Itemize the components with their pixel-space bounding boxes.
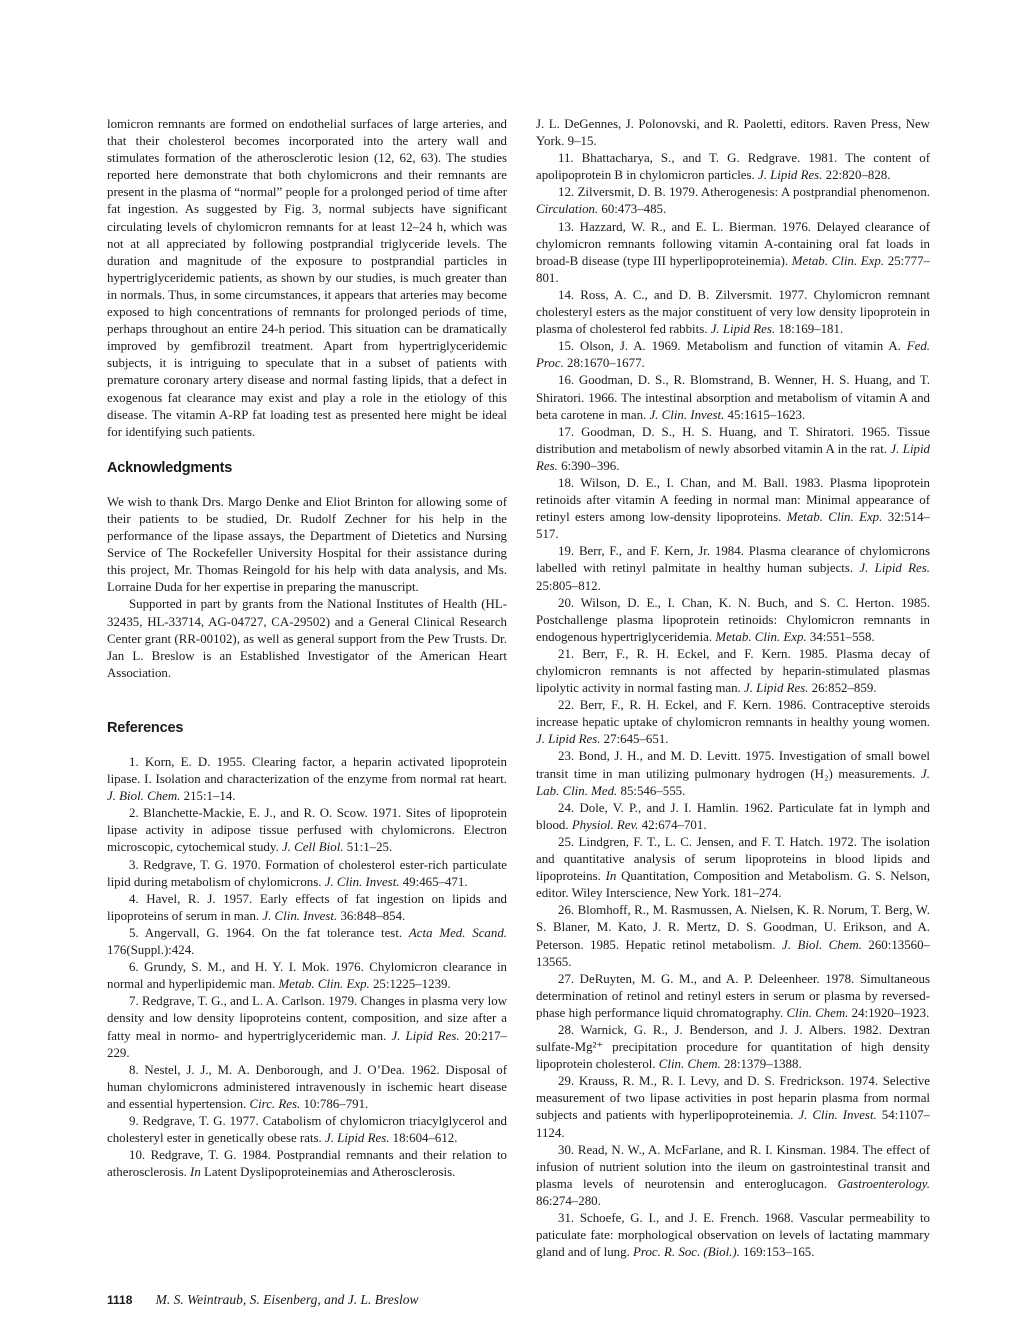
reference-citation: Latent Dyslipoproteinemias and Atheroscl… — [201, 1165, 456, 1179]
reference-item: 4. Havel, R. J. 1957. Early effects of f… — [107, 891, 507, 925]
reference-text: Berr, F., R. H. Eckel, and F. Kern. 1986… — [536, 698, 930, 729]
reference-number: 13. — [558, 220, 580, 234]
reference-journal: Metab. Clin. Exp. — [278, 977, 369, 991]
references-list-right: J. L. DeGennes, J. Polonovski, and R. Pa… — [536, 116, 930, 1261]
reference-citation: 18:169–181. — [775, 322, 843, 336]
references-list-left: 1. Korn, E. D. 1955. Clearing factor, a … — [107, 754, 507, 1181]
reference-journal: J. Lipid Res. — [859, 561, 930, 575]
reference-journal: J. Clin. Invest. — [262, 909, 337, 923]
reference-number: 22. — [558, 698, 580, 712]
funding-paragraph: Supported in part by grants from the Nat… — [107, 596, 507, 681]
reference-journal: Circulation. — [536, 202, 598, 216]
reference-journal: Proc. R. Soc. (Biol.). — [633, 1245, 740, 1259]
reference-journal: In — [606, 869, 617, 883]
reference-citation: 86:274–280. — [536, 1194, 601, 1208]
reference-number: 4. — [129, 892, 146, 906]
reference-number: 23. — [558, 749, 579, 763]
right-column: J. L. DeGennes, J. Polonovski, and R. Pa… — [536, 116, 930, 1261]
reference-number: 7. — [129, 994, 142, 1008]
running-authors: M. S. Weintraub, S. Eisenberg, and J. L.… — [156, 1292, 419, 1307]
reference-citation: 176(Suppl.):424. — [107, 943, 194, 957]
reference-journal: Metab. Clin. Exp. — [787, 510, 883, 524]
reference-citation: 10:786–791. — [300, 1097, 368, 1111]
reference-number: 21. — [558, 647, 582, 661]
reference-journal: J. Lipid Res. — [711, 322, 775, 336]
reference-journal: In — [190, 1165, 201, 1179]
reference-item: 27. DeRuyten, M. G. M., and A. P. Deleen… — [536, 971, 930, 1022]
reference-number: 18. — [558, 476, 580, 490]
reference-item: 2. Blanchette-Mackie, E. J., and R. O. S… — [107, 805, 507, 856]
reference-number: 16. — [558, 373, 579, 387]
reference-item: 29. Krauss, R. M., R. I. Levy, and D. S.… — [536, 1073, 930, 1141]
reference-citation: 6:390–396. — [558, 459, 620, 473]
reference-journal: J. Clin. Invest. — [325, 875, 400, 889]
reference-number: 10. — [129, 1148, 151, 1162]
reference-citation: 60:473–485. — [598, 202, 666, 216]
reference-journal: Circ. Res. — [249, 1097, 300, 1111]
reference-item: 5. Angervall, G. 1964. On the fat tolera… — [107, 925, 507, 959]
reference-citation: 85:546–555. — [617, 784, 685, 798]
reference-citation: 36:848–854. — [337, 909, 405, 923]
reference-item: 24. Dole, V. P., and J. I. Hamlin. 1962.… — [536, 800, 930, 834]
reference-text: Olson, J. A. 1969. Metabolism and functi… — [580, 339, 907, 353]
reference-number: 24. — [558, 801, 579, 815]
reference-item: 15. Olson, J. A. 1969. Metabolism and fu… — [536, 338, 930, 372]
reference-citation: 28:1379–1388. — [721, 1057, 802, 1071]
reference-number: 5. — [129, 926, 145, 940]
reference-citation: 169:153–165. — [740, 1245, 814, 1259]
reference-item: 25. Lindgren, F. T., L. C. Jensen, and F… — [536, 834, 930, 902]
reference-journal: J. Lipid Res. — [391, 1029, 459, 1043]
reference-citation: 51:1–25. — [344, 840, 393, 854]
page-footer: 1118 M. S. Weintraub, S. Eisenberg, and … — [107, 1292, 419, 1308]
reference-item: 8. Nestel, J. J., M. A. Denborough, and … — [107, 1062, 507, 1113]
reference-citation: 49:465–471. — [400, 875, 468, 889]
reference-journal: Clin. Chem. — [659, 1057, 721, 1071]
reference-journal: Metab. Clin. Exp. — [715, 630, 806, 644]
reference-item: 9. Redgrave, T. G. 1977. Catabolism of c… — [107, 1113, 507, 1147]
reference-citation: 25:1225–1239. — [370, 977, 451, 991]
reference-item: J. L. DeGennes, J. Polonovski, and R. Pa… — [536, 116, 930, 150]
reference-journal: J. Lipid Res. — [536, 732, 600, 746]
reference-number: 20. — [558, 596, 581, 610]
reference-number: 26. — [558, 903, 578, 917]
reference-journal: J. Lipid Res. — [758, 168, 822, 182]
reference-citation: 26:852–859. — [808, 681, 876, 695]
reference-citation: 24:1920–1923. — [848, 1006, 929, 1020]
reference-number: 27. — [558, 972, 580, 986]
reference-citation: 215:1–14. — [180, 789, 235, 803]
reference-journal: J. Biol. Chem. — [107, 789, 180, 803]
reference-journal: Physiol. Rev. — [572, 818, 639, 832]
reference-citation: 18:604–612. — [389, 1131, 457, 1145]
reference-journal: J. Clin. Invest. — [649, 408, 724, 422]
reference-number: 9. — [129, 1114, 143, 1128]
reference-text: Korn, E. D. 1955. Clearing factor, a hep… — [107, 755, 507, 786]
reference-journal: Metab. Clin. Exp. — [792, 254, 884, 268]
reference-item: 18. Wilson, D. E., I. Chan, and M. Ball.… — [536, 475, 930, 543]
reference-item: 23. Bond, J. H., and M. D. Levitt. 1975.… — [536, 748, 930, 799]
reference-citation: 34:551–558. — [807, 630, 875, 644]
reference-journal: Acta Med. Scand. — [409, 926, 507, 940]
reference-text: Goodman, D. S., H. S. Huang, and T. Shir… — [536, 425, 930, 456]
reference-item: 6. Grundy, S. M., and H. Y. I. Mok. 1976… — [107, 959, 507, 993]
reference-journal: J. Biol. Chem. — [782, 938, 862, 952]
reference-item: 26. Blomhoff, R., M. Rasmussen, A. Niels… — [536, 902, 930, 970]
page-number: 1118 — [107, 1293, 132, 1307]
discussion-paragraph: lomicron remnants are formed on endothel… — [107, 116, 507, 441]
reference-item: 17. Goodman, D. S., H. S. Huang, and T. … — [536, 424, 930, 475]
reference-text: Zilversmit, D. B. 1979. Atherogenesis: A… — [578, 185, 930, 199]
reference-citation: 45:1615–1623. — [724, 408, 805, 422]
reference-number: 31. — [558, 1211, 580, 1225]
reference-item: 10. Redgrave, T. G. 1984. Postprandial r… — [107, 1147, 507, 1181]
reference-item: 14. Ross, A. C., and D. B. Zilversmit. 1… — [536, 287, 930, 338]
reference-citation: 42:674–701. — [639, 818, 707, 832]
reference-number: 25. — [558, 835, 579, 849]
reference-text: Bond, J. H., and M. D. Levitt. 1975. Inv… — [536, 749, 930, 780]
reference-number: 12. — [558, 185, 578, 199]
reference-number: 15. — [558, 339, 580, 353]
reference-text: J. L. DeGennes, J. Polonovski, and R. Pa… — [536, 117, 930, 148]
reference-number: 2. — [129, 806, 143, 820]
reference-journal: J. Clin. Invest. — [798, 1108, 876, 1122]
reference-number: 30. — [558, 1143, 578, 1157]
reference-number: 28. — [558, 1023, 581, 1037]
reference-item: 13. Hazzard, W. R., and E. L. Bierman. 1… — [536, 219, 930, 287]
reference-citation: 25:805–812. — [536, 579, 601, 593]
reference-text: Angervall, G. 1964. On the fat tolerance… — [145, 926, 409, 940]
reference-journal: J. Lipid Res. — [325, 1131, 389, 1145]
reference-number: 1. — [129, 755, 145, 769]
reference-item: 21. Berr, F., R. H. Eckel, and F. Kern. … — [536, 646, 930, 697]
reference-item: 16. Goodman, D. S., R. Blomstrand, B. We… — [536, 372, 930, 423]
reference-citation: 22:820–828. — [822, 168, 890, 182]
reference-journal: J. Cell Biol. — [282, 840, 344, 854]
left-column: lomicron remnants are formed on endothel… — [107, 116, 507, 1181]
reference-item: 22. Berr, F., R. H. Eckel, and F. Kern. … — [536, 697, 930, 748]
reference-journal: Clin. Chem. — [786, 1006, 848, 1020]
reference-number: 11. — [558, 151, 582, 165]
reference-item: 20. Wilson, D. E., I. Chan, K. N. Buch, … — [536, 595, 930, 646]
reference-item: 3. Redgrave, T. G. 1970. Formation of ch… — [107, 857, 507, 891]
reference-number: 17. — [558, 425, 581, 439]
reference-citation: 28:1670–1677. — [564, 356, 645, 370]
reference-item: 30. Read, N. W., A. McFarlane, and R. I.… — [536, 1142, 930, 1210]
reference-item: 28. Warnick, G. R., J. Benderson, and J.… — [536, 1022, 930, 1073]
reference-number: 6. — [129, 960, 144, 974]
acknowledgments-heading: Acknowledgments — [107, 460, 507, 477]
reference-number: 3. — [129, 858, 143, 872]
reference-citation: 27:645–651. — [600, 732, 668, 746]
reference-number: 8. — [129, 1063, 144, 1077]
reference-journal: Gastroenterology. — [838, 1177, 931, 1191]
reference-item: 1. Korn, E. D. 1955. Clearing factor, a … — [107, 754, 507, 805]
reference-item: 11. Bhattacharya, S., and T. G. Redgrave… — [536, 150, 930, 184]
reference-item: 7. Redgrave, T. G., and L. A. Carlson. 1… — [107, 993, 507, 1061]
reference-item: 12. Zilversmit, D. B. 1979. Atherogenesi… — [536, 184, 930, 218]
reference-journal: J. Lipid Res. — [744, 681, 808, 695]
reference-item: 31. Schoefe, G. I., and J. E. French. 19… — [536, 1210, 930, 1261]
reference-number: 14. — [558, 288, 580, 302]
reference-number: 29. — [558, 1074, 579, 1088]
reference-item: 19. Berr, F., and F. Kern, Jr. 1984. Pla… — [536, 543, 930, 594]
references-heading: References — [107, 720, 507, 737]
reference-number: 19. — [558, 544, 579, 558]
acknowledgments-paragraph: We wish to thank Drs. Margo Denke and El… — [107, 494, 507, 597]
